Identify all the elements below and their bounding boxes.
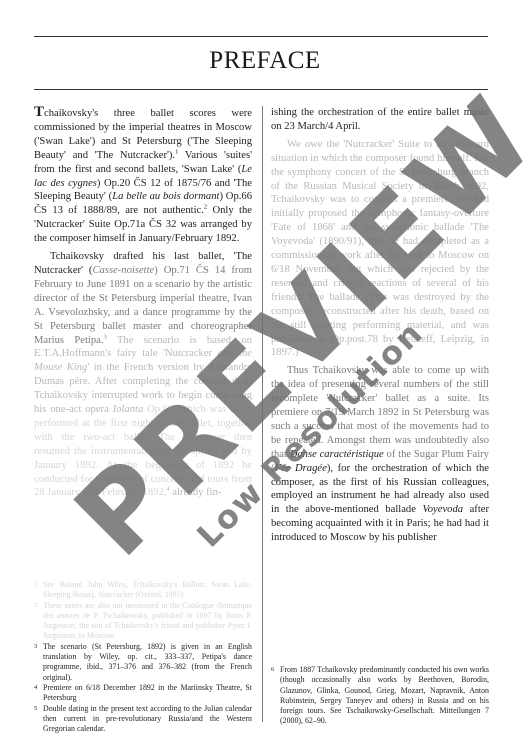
paragraph-suite-origin: We owe the 'Nutcracker' Suite to an awkw… [271,138,489,361]
italic-title: Iolanta [109,404,143,415]
footnote: 5Double dating in the present text accor… [34,704,252,735]
footnote-number: 5 [34,704,37,714]
footnote-number: 4 [34,683,37,693]
italic-title: La belle au bois dormant [112,191,219,202]
right-column: ishing the orchestration of the entire b… [271,106,489,545]
column-divider [262,106,263,722]
footnote-text: See Roland John Wiley, Tchaikovsky's Bal… [43,580,252,599]
footnote-text: These suites are also not mentioned in t… [43,601,252,641]
footnote: 2These suites are also not mentioned in … [34,601,252,642]
footnote-text: Double dating in the present text accord… [43,704,252,734]
footnote: 3The scenario (St Petersburg, 1892) is g… [34,642,252,683]
footnotes-right: 6From 1887 Tchaikovsky predominantly con… [271,665,489,727]
footnote-number: 3 [34,642,37,652]
footnote-number: 6 [271,665,274,675]
paragraph-nutcracker-draft: Tchaikovsky drafted his last ballet, 'Th… [34,250,252,500]
text: Thus Tchaikovsky was able to come up wit… [271,365,489,459]
text: already fin- [170,487,222,498]
footnote: 4Premiere on 6/18 December 1892 in the M… [34,683,252,704]
text: Op.69, which was to be performed at the … [34,404,252,498]
footnote-number: 1 [34,580,37,590]
text: ) Op.71 ČS 14 from February to June 1891… [34,265,252,346]
page-title: PREFACE [0,47,530,75]
footnote-text: From 1887 Tchaikovsky predominantly cond… [280,665,489,725]
left-column: Tchaikovsky's three ballet scores were c… [34,106,252,500]
italic-title: Fée Dragée [275,463,327,474]
italic-title: Danse caractéristique [290,449,384,460]
drop-cap: T [34,104,44,120]
header-rule-bottom [34,89,488,90]
paragraph-continuation: ishing the orchestration of the entire b… [271,106,489,134]
footnote: 6From 1887 Tchaikovsky predominantly con… [271,665,489,727]
italic-title: Voyevoda [422,504,463,515]
footnote-text: The scenario (St Petersburg, 1892) is gi… [43,642,252,682]
paragraph-suite-premiere: Thus Tchaikovsky was able to come up wit… [271,364,489,545]
footnote-number: 2 [34,601,37,611]
paragraph-intro: Tchaikovsky's three ballet scores were c… [34,106,252,246]
footnotes-left: 1See Roland John Wiley, Tchaikovsky's Ba… [34,580,252,734]
footnote: 1See Roland John Wiley, Tchaikovsky's Ba… [34,580,252,601]
header-rule-top [34,36,488,37]
footnote-text: Premiere on 6/18 December 1892 in the Ma… [43,683,252,702]
italic-title: Casse-noisette [92,265,154,276]
